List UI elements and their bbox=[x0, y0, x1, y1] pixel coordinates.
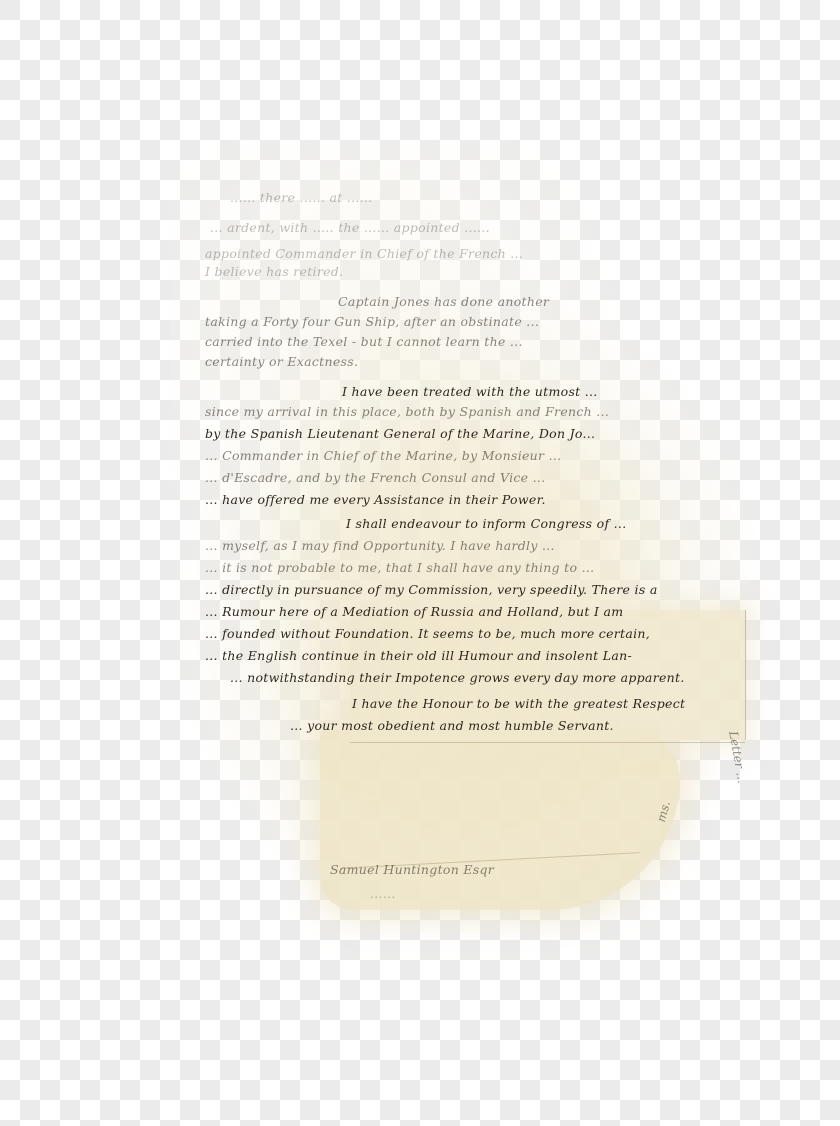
letter-line: ... myself, as I may find Opportunity. I… bbox=[205, 538, 555, 553]
letter-line: certainty or Exactness. bbox=[205, 354, 358, 369]
manuscript-letter: ...... there ...... at ...... ... ardent… bbox=[170, 140, 770, 960]
letter-line: ... founded without Foundation. It seems… bbox=[205, 626, 650, 641]
letter-closing: ... your most obedient and most humble S… bbox=[290, 718, 614, 733]
letter-line: ... ardent, with ..... the ...... appoin… bbox=[210, 220, 490, 235]
letter-line: ... it is not probable to me, that I sha… bbox=[205, 560, 594, 575]
letter-line: by the Spanish Lieutenant General of the… bbox=[205, 426, 595, 441]
letter-line: taking a Forty four Gun Ship, after an o… bbox=[205, 314, 539, 329]
letter-line: ... Commander in Chief of the Marine, by… bbox=[205, 448, 561, 463]
letter-line: ... the English continue in their old il… bbox=[205, 648, 632, 663]
letter-line: I shall endeavour to inform Congress of … bbox=[346, 516, 626, 531]
letter-line: Captain Jones has done another bbox=[338, 294, 549, 309]
letter-line: ... have offered me every Assistance in … bbox=[205, 492, 546, 507]
letter-line: I have been treated with the utmost ... bbox=[342, 384, 598, 399]
letter-line: I believe has retired. bbox=[205, 264, 343, 279]
letter-line: ... directly in pursuance of my Commissi… bbox=[205, 582, 658, 597]
letter-line: ... d'Escadre, and by the French Consul … bbox=[205, 470, 545, 485]
letter-line: carried into the Texel - but I cannot le… bbox=[205, 334, 523, 349]
letter-line: ...... there ...... at ...... bbox=[230, 190, 372, 205]
letter-line: ... Rumour here of a Mediation of Russia… bbox=[205, 604, 623, 619]
fold-line bbox=[350, 742, 745, 743]
letter-closing: I have the Honour to be with the greates… bbox=[352, 696, 685, 711]
letter-line: ... notwithstanding their Impotence grow… bbox=[230, 670, 685, 685]
letter-line: appointed Commander in Chief of the Fren… bbox=[205, 246, 523, 261]
addressee: Samuel Huntington Esqr bbox=[330, 862, 494, 877]
paper-lower-fragment bbox=[320, 730, 680, 910]
letter-line: since my arrival in this place, both by … bbox=[205, 404, 609, 419]
letter-line: ...... bbox=[370, 886, 396, 901]
